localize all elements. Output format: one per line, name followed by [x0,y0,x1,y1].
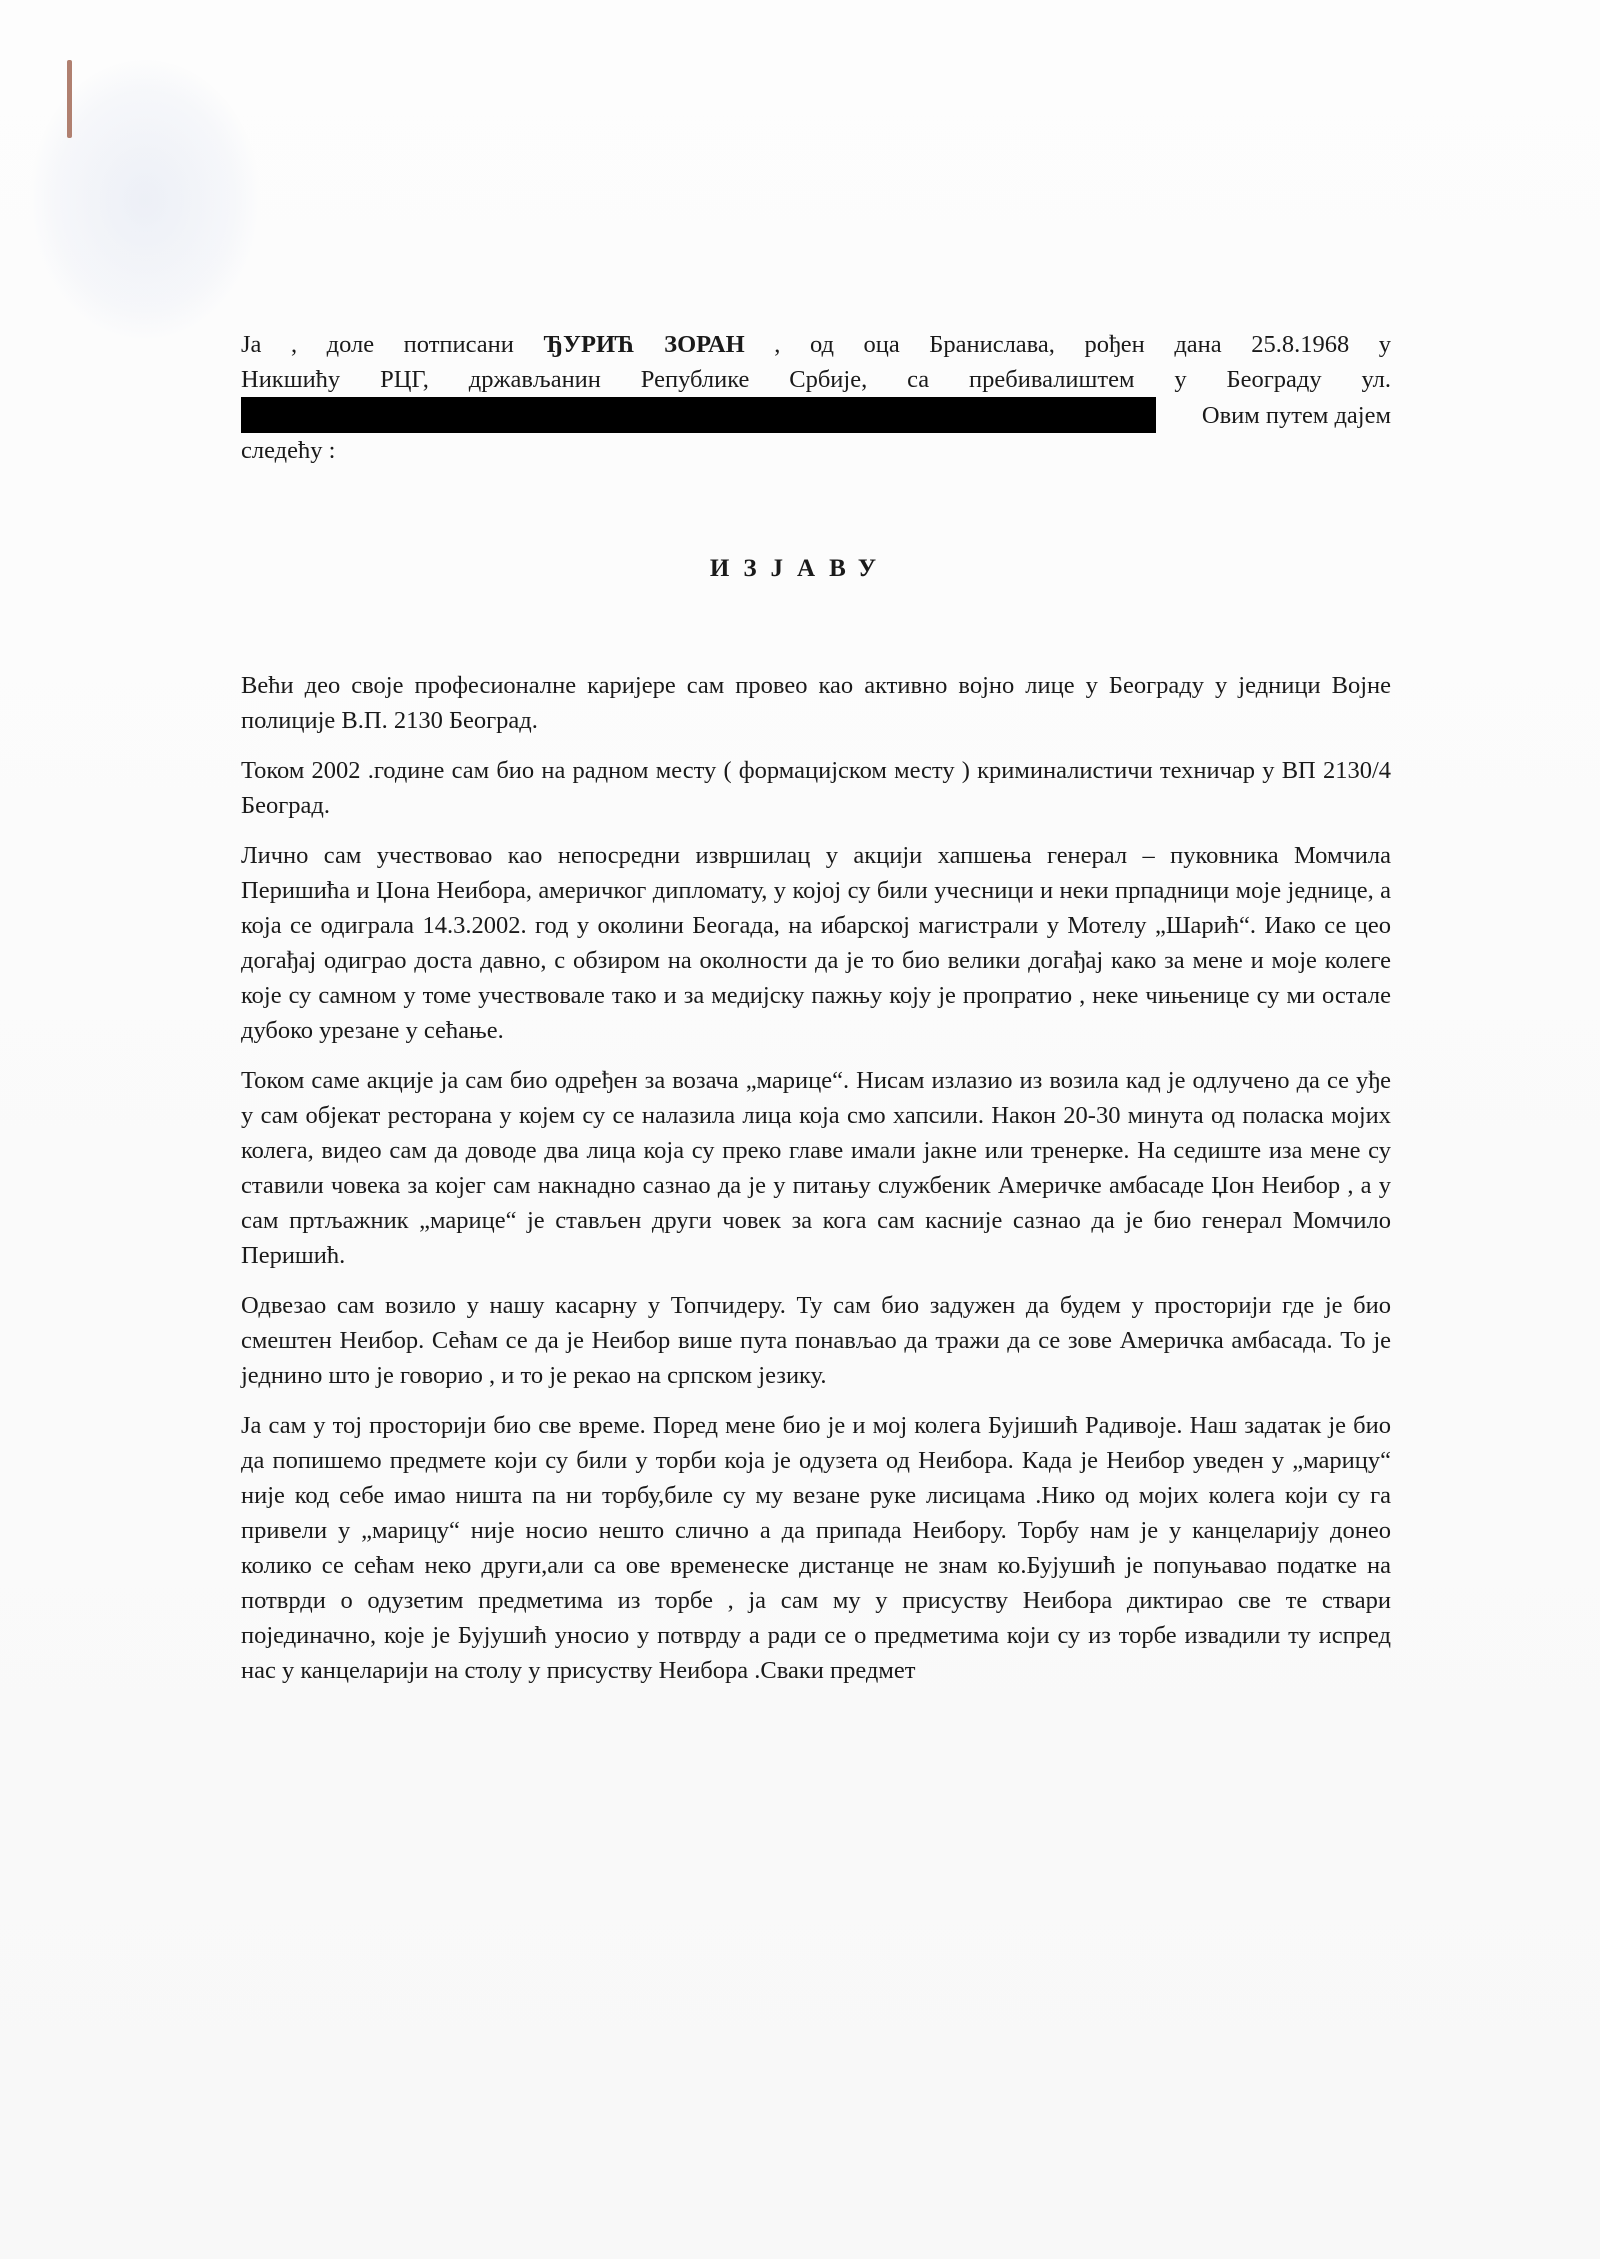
declarant-name: ЂУРИЋ ЗОРАН [543,331,744,358]
redacted-address [241,397,1156,433]
intro-line-1: Ја , доле потписани ЂУРИЋ ЗОРАН , од оца… [241,327,1391,362]
paragraph-4: Током саме акције ја сам био одређен за … [241,1063,1391,1273]
paragraph-1: Већи део своје професионалне каријере са… [241,668,1391,738]
intro-line-4: следећу : [241,433,1391,468]
paragraph-3: Лично сам учествовао као непосредни извр… [241,838,1391,1048]
statement-body: Већи део своје професионалне каријере са… [241,668,1391,1688]
intro-line-2: Никшићу РЦГ, држављанин Републике Србије… [241,362,1391,397]
paragraph-5: Одвезао сам возило у нашу касарну у Топч… [241,1288,1391,1393]
intro-block: Ја , доле потписани ЂУРИЋ ЗОРАН , од оца… [241,327,1391,468]
paragraph-2: Током 2002 .године сам био на радном мес… [241,753,1391,823]
intro-suffix: , од оца Бранислава, рођен дана 25.8.196… [745,331,1391,358]
faded-stamp [30,60,260,340]
intro-prefix: Ја , доле потписани [241,331,543,358]
scanned-page: Ја , доле потписани ЂУРИЋ ЗОРАН , од оца… [0,0,1600,2259]
intro-line-3-tail: Овим путем дајем [1160,398,1391,433]
intro-line-3: Овим путем дајем [241,397,1391,433]
staple-mark [67,60,72,138]
document-title: ИЗЈАВУ [0,555,1600,583]
paragraph-6: Ја сам у тој просторији био све време. П… [241,1408,1391,1688]
